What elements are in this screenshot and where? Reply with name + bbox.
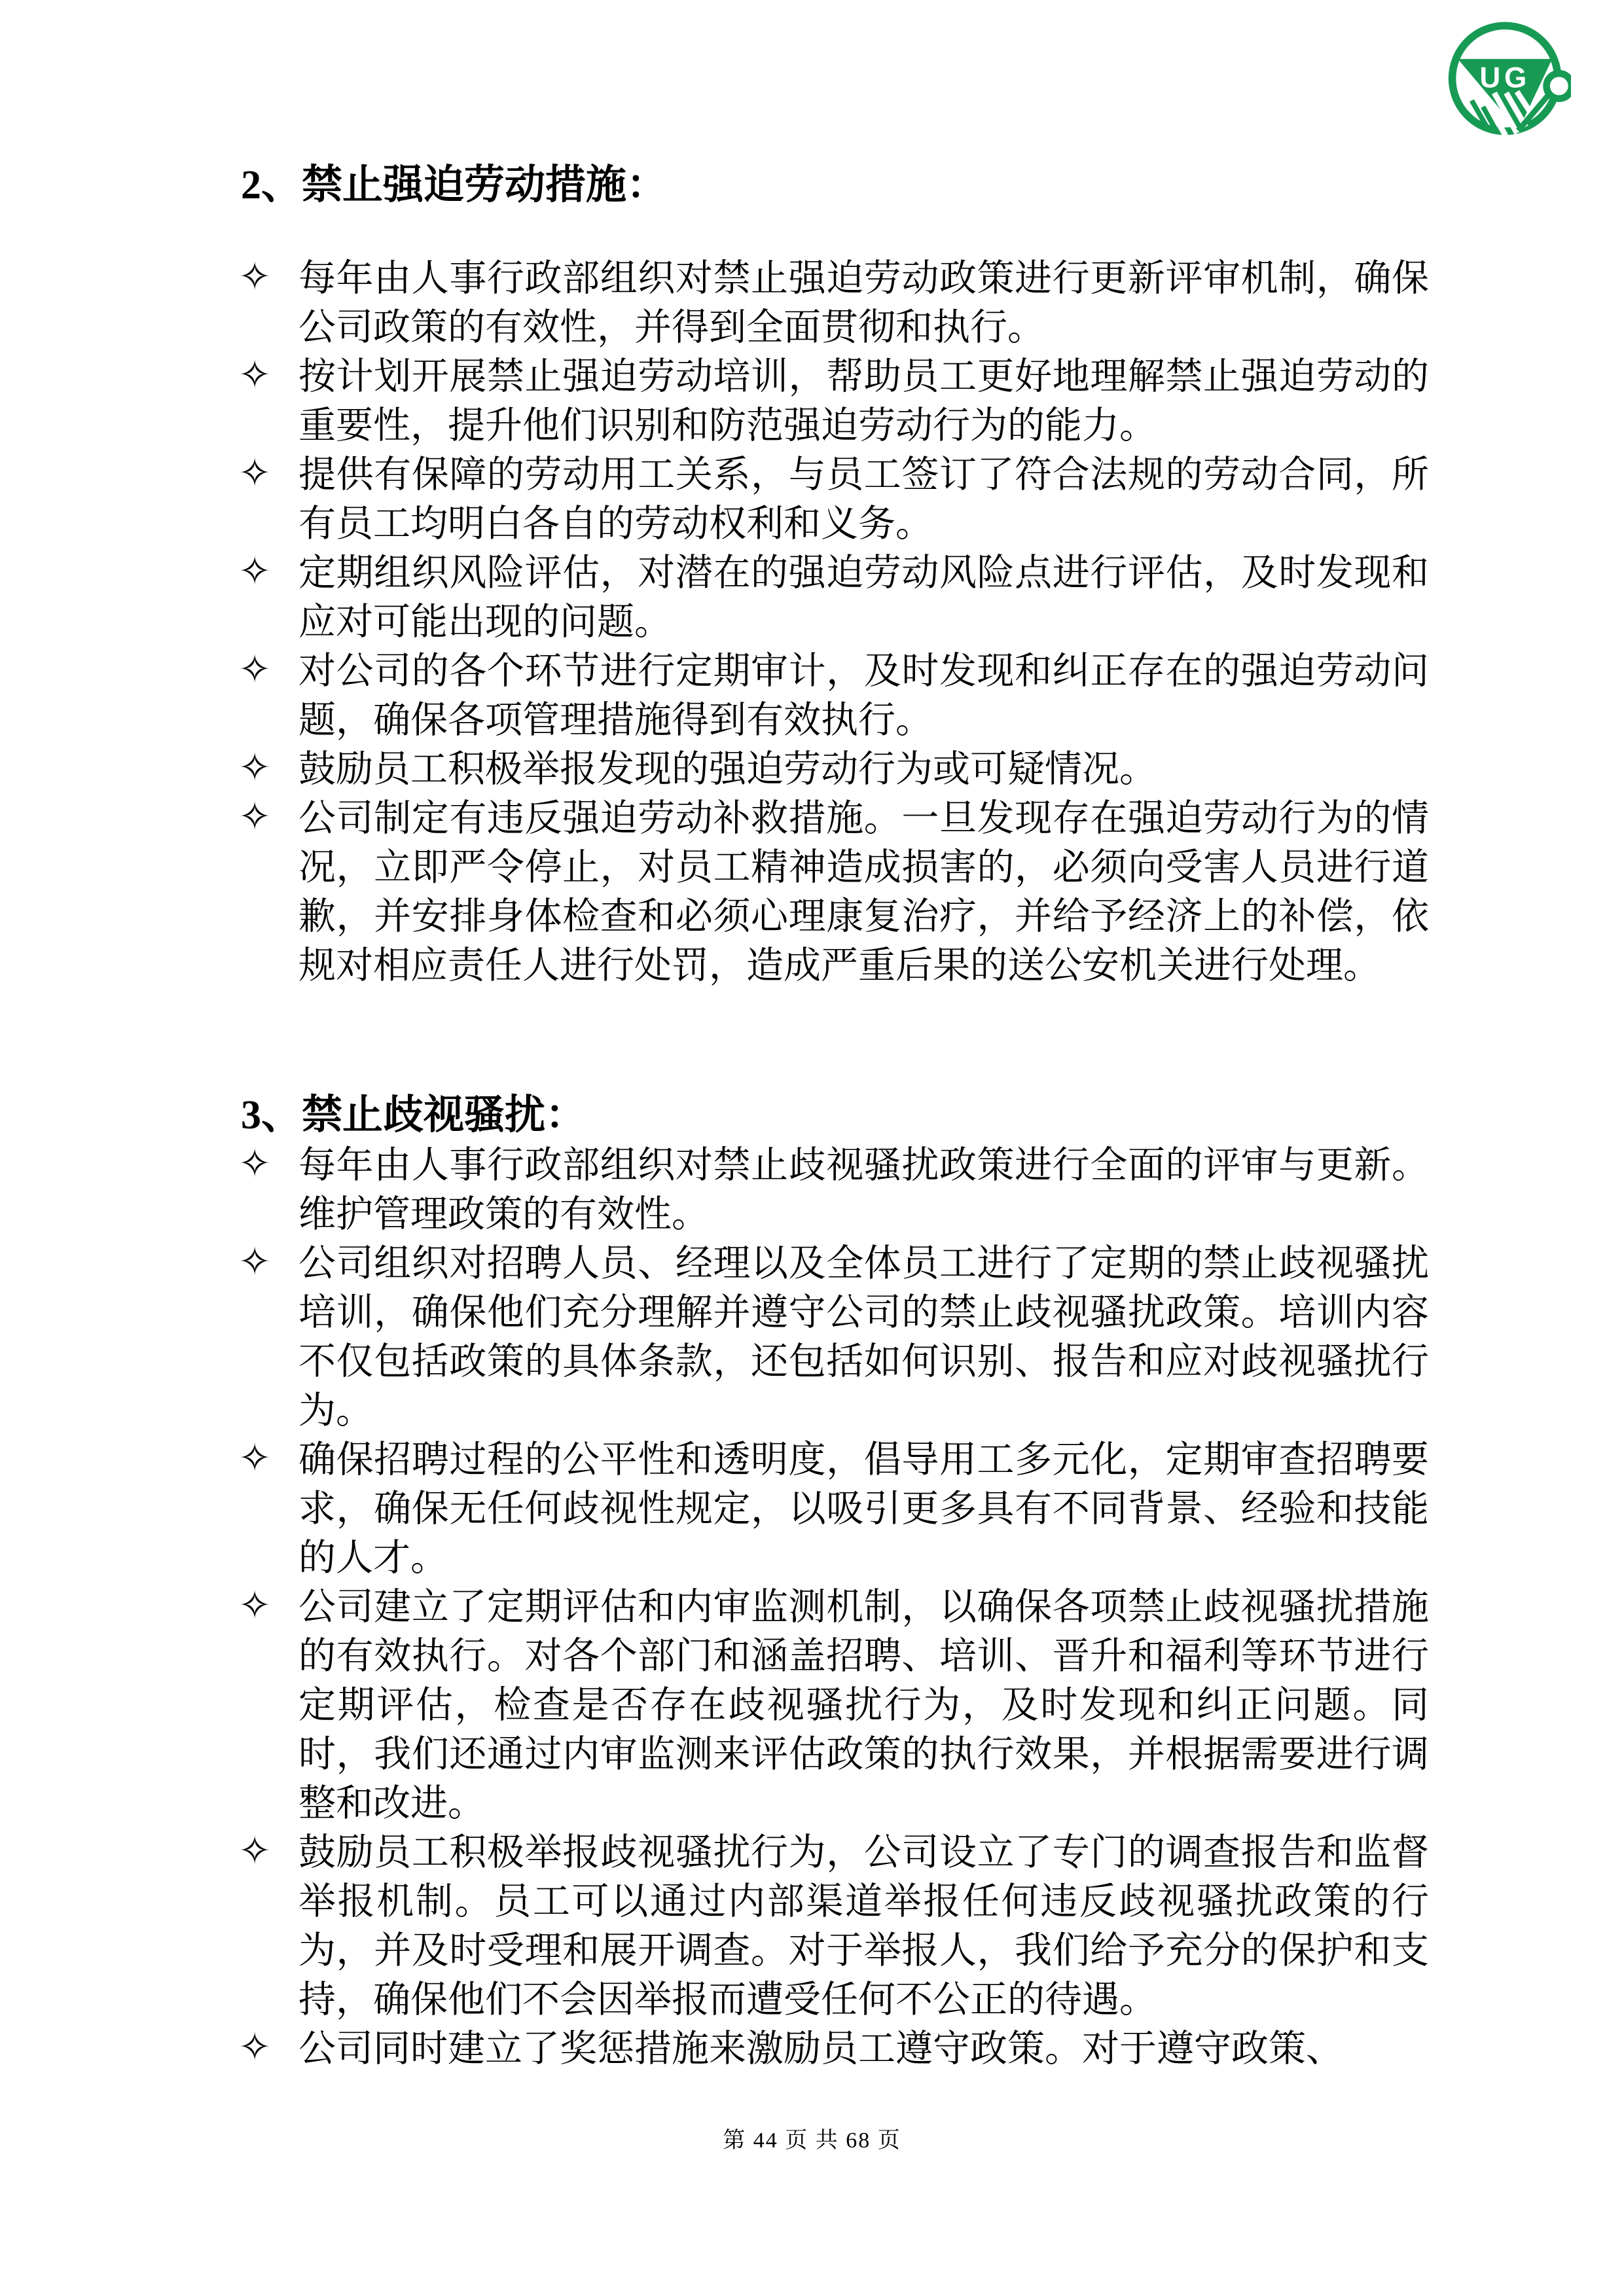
list-item: ✧ 每年由人事行政部组织对禁止歧视骚扰政策进行全面的评审与更新。维护管理政策的有… — [241, 1141, 1429, 1239]
list-item: ✧ 公司组织对招聘人员、经理以及全体员工进行了定期的禁止歧视骚扰培训，确保他们充… — [241, 1239, 1429, 1435]
section-2-heading: 2、禁止强迫劳动措施： — [241, 160, 1429, 211]
document-page: UG 2、禁止强迫劳动措施： ✧ 每年由人事行政部组织对禁止强迫劳动政策进行更新… — [0, 0, 1624, 2296]
list-item: ✧ 鼓励员工积极举报歧视骚扰行为，公司设立了专门的调查报告和监督举报机制。员工可… — [241, 1828, 1429, 2024]
diamond-bullet-icon: ✧ — [238, 351, 271, 400]
list-item: ✧ 确保招聘过程的公平性和透明度，倡导用工多元化，定期审查招聘要求，确保无任何歧… — [241, 1435, 1429, 1583]
list-item: ✧ 定期组织风险评估，对潜在的强迫劳动风险点进行评估，及时发现和应对可能出现的问… — [241, 548, 1429, 647]
bullet-text: 确保招聘过程的公平性和透明度，倡导用工多元化，定期审查招聘要求，确保无任何歧视性… — [298, 1439, 1429, 1579]
bullet-text: 公司制定有违反强迫劳动补救措施。一旦发现存在强迫劳动行为的情况，立即严令停止，对… — [298, 798, 1429, 986]
list-item: ✧ 公司建立了定期评估和内审监测机制，以确保各项禁止歧视骚扰措施的有效执行。对各… — [241, 1583, 1429, 1828]
list-item: ✧ 公司制定有违反强迫劳动补救措施。一旦发现存在强迫劳动行为的情况，立即严令停止… — [241, 794, 1429, 990]
bullet-text: 每年由人事行政部组织对禁止强迫劳动政策进行更新评审机制，确保公司政策的有效性，并… — [298, 258, 1429, 348]
diamond-bullet-icon: ✧ — [238, 547, 271, 596]
bullet-text: 对公司的各个环节进行定期审计，及时发现和纠正存在的强迫劳动问题，确保各项管理措施… — [298, 651, 1429, 741]
bullet-text: 公司组织对招聘人员、经理以及全体员工进行了定期的禁止歧视骚扰培训，确保他们充分理… — [298, 1243, 1429, 1431]
bullet-text: 鼓励员工积极举报发现的强迫劳动行为或可疑情况。 — [298, 749, 1157, 790]
bullet-text: 提供有保障的劳动用工关系，与员工签订了符合法规的劳动合同，所有员工均明白各自的劳… — [298, 454, 1429, 545]
bullet-text: 公司同时建立了奖惩措施来激励员工遵守政策。对于遵守政策、 — [298, 2028, 1343, 2070]
diamond-bullet-icon: ✧ — [238, 1581, 271, 1630]
list-item: ✧ 公司同时建立了奖惩措施来激励员工遵守政策。对于遵守政策、 — [241, 2024, 1429, 2073]
diamond-bullet-icon: ✧ — [238, 1238, 271, 1287]
diamond-bullet-icon: ✧ — [238, 449, 271, 498]
list-item: ✧ 鼓励员工积极举报发现的强迫劳动行为或可疑情况。 — [241, 745, 1429, 794]
diamond-bullet-icon: ✧ — [238, 253, 271, 302]
diamond-bullet-icon: ✧ — [238, 1139, 271, 1189]
section-2-bullet-list: ✧ 每年由人事行政部组织对禁止强迫劳动政策进行更新评审机制，确保公司政策的有效性… — [241, 254, 1429, 990]
list-item: ✧ 对公司的各个环节进行定期审计，及时发现和纠正存在的强迫劳动问题，确保各项管理… — [241, 647, 1429, 745]
bullet-text: 按计划开展禁止强迫劳动培训，帮助员工更好地理解禁止强迫劳动的重要性，提升他们识别… — [298, 356, 1429, 446]
bullet-text: 每年由人事行政部组织对禁止歧视骚扰政策进行全面的评审与更新。维护管理政策的有效性… — [298, 1145, 1429, 1235]
document-body: 2、禁止强迫劳动措施： ✧ 每年由人事行政部组织对禁止强迫劳动政策进行更新评审机… — [0, 0, 1624, 2073]
diamond-bullet-icon: ✧ — [238, 1827, 271, 1876]
section-3-bullet-list: ✧ 每年由人事行政部组织对禁止歧视骚扰政策进行全面的评审与更新。维护管理政策的有… — [241, 1141, 1429, 2073]
page-number-footer: 第 44 页 共 68 页 — [0, 2122, 1624, 2154]
list-item: ✧ 提供有保障的劳动用工关系，与员工签订了符合法规的劳动合同，所有员工均明白各自… — [241, 450, 1429, 548]
diamond-bullet-icon: ✧ — [238, 744, 271, 793]
list-item: ✧ 每年由人事行政部组织对禁止强迫劳动政策进行更新评审机制，确保公司政策的有效性… — [241, 254, 1429, 352]
bullet-text: 公司建立了定期评估和内审监测机制，以确保各项禁止歧视骚扰措施的有效执行。对各个部… — [298, 1587, 1429, 1824]
list-item: ✧ 按计划开展禁止强迫劳动培训，帮助员工更好地理解禁止强迫劳动的重要性，提升他们… — [241, 352, 1429, 450]
diamond-bullet-icon: ✧ — [238, 645, 271, 694]
diamond-bullet-icon: ✧ — [238, 1434, 271, 1483]
section-3-heading: 3、禁止歧视骚扰： — [241, 1090, 1429, 1141]
diamond-bullet-icon: ✧ — [238, 793, 271, 842]
bullet-text: 鼓励员工积极举报歧视骚扰行为，公司设立了专门的调查报告和监督举报机制。员工可以通… — [298, 1832, 1429, 2020]
diamond-bullet-icon: ✧ — [238, 2023, 271, 2072]
bullet-text: 定期组织风险评估，对潜在的强迫劳动风险点进行评估，及时发现和应对可能出现的问题。 — [298, 552, 1429, 643]
